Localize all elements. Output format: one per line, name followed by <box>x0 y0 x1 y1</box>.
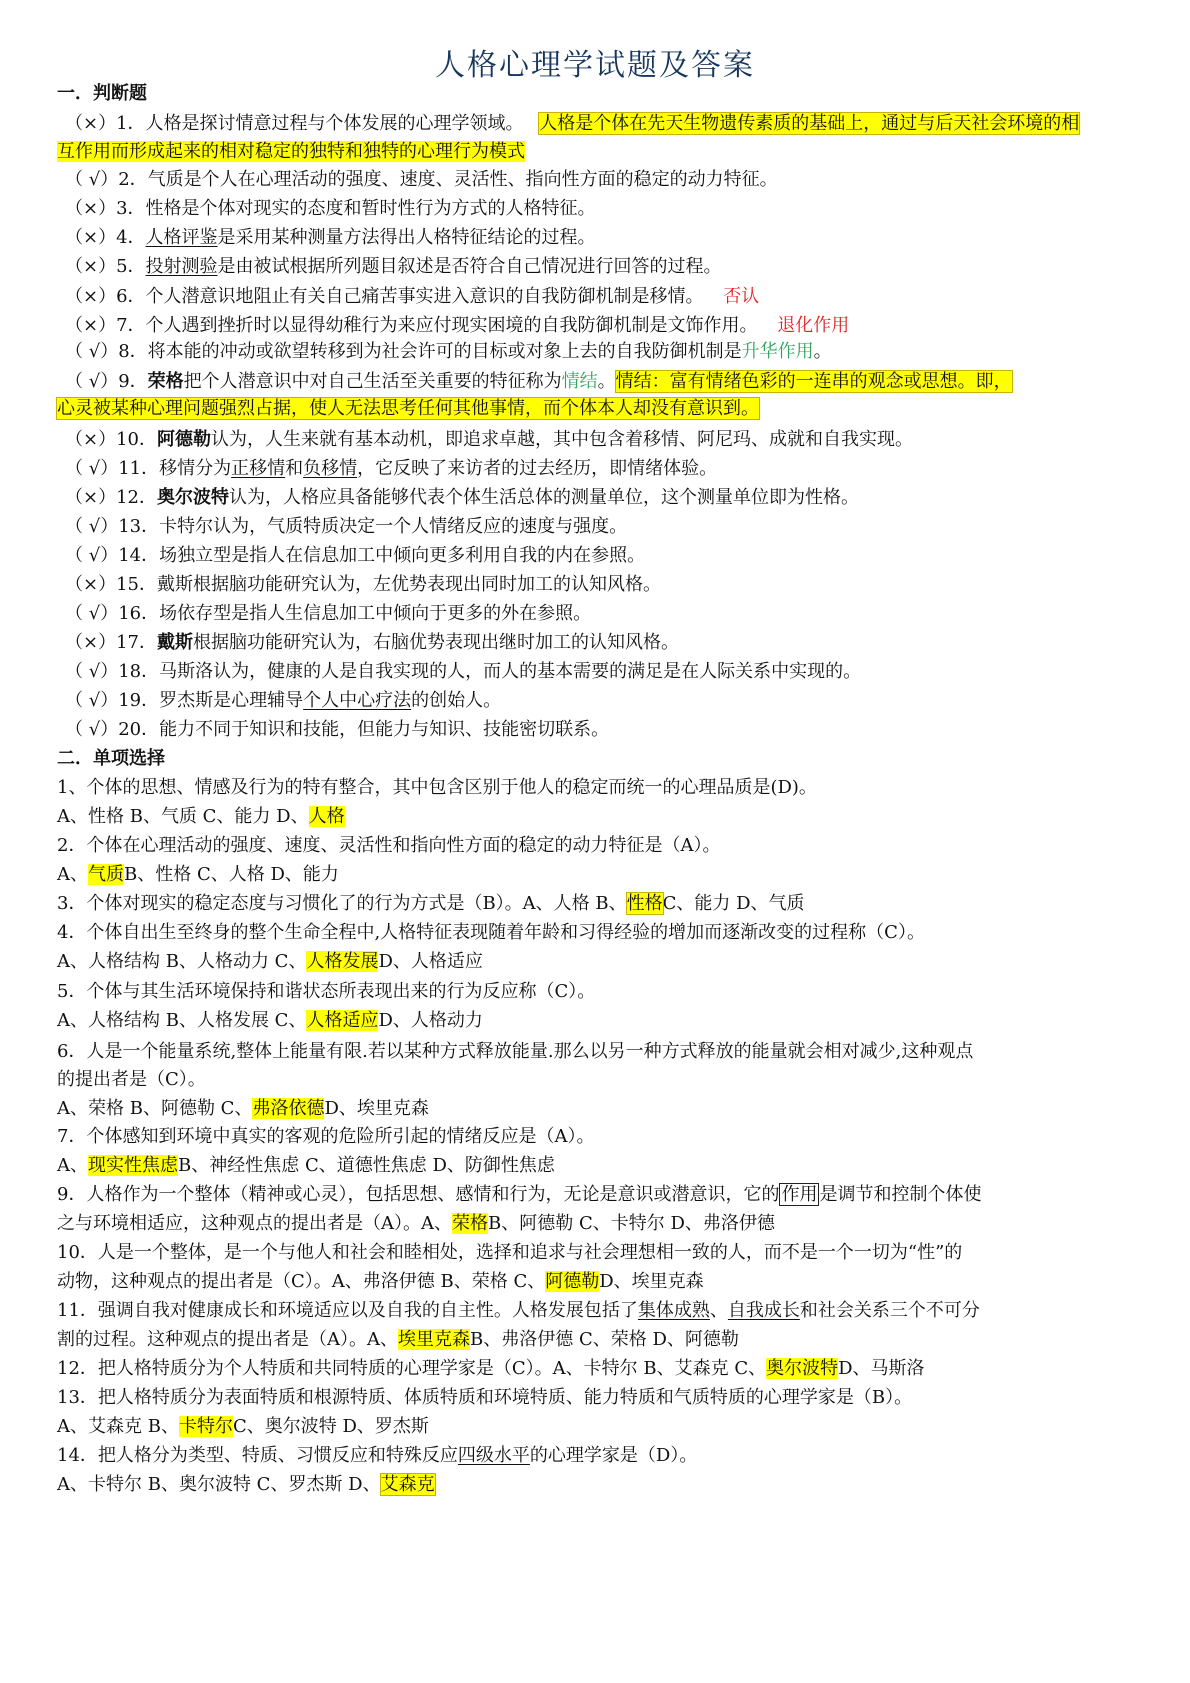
section-heading-single-choice: 二．单项选择 <box>57 747 165 771</box>
judgement-item-17: （×）17．戴斯根据脑功能研究认为，右脑优势表现出继时加工的认知风格。 <box>65 631 679 655</box>
choice-options-6: A、荣格 B、阿德勒 C、弗洛依德D、埃里克森 <box>57 1097 429 1121</box>
choice-question-6-cont: 的提出者是（C）。 <box>57 1068 206 1092</box>
bold-name: 阿德勒 <box>157 429 211 450</box>
choice-question-11: 11．强调自我对健康成长和环境适应以及自我的自主性。人格发展包括了集体成熟、自我… <box>57 1299 980 1323</box>
options-text: D、人格适应 <box>378 951 482 972</box>
item-text: 把个人潜意识中对自己生活至关重要的特征称为 <box>184 371 562 392</box>
choice-question-13: 13．把人格特质分为表面特质和根源特质、体质特质和环境特质、能力特质和气质特质的… <box>57 1386 912 1410</box>
judgement-item-1: （×）1．人格是探讨情意过程与个体发展的心理学领域。 人格是个体在先天生物遗传素… <box>65 112 1079 136</box>
choice-question-1: 1、个体的思想、情感及行为的特有整合，其中包含区别于他人的稳定而统一的心理品质是… <box>57 776 817 800</box>
options-text: A、人格结构 B、人格发展 C、 <box>57 1010 306 1031</box>
answer-mark: （×） <box>65 429 116 450</box>
item-text: 场依存型是指人生信息加工中倾向于更多的外在参照。 <box>159 603 591 624</box>
judgement-item-18: （ √）18．马斯洛认为，健康的人是自我实现的人，而人的基本需要的满足是在人际关… <box>65 660 861 684</box>
item-number: 20． <box>118 719 159 740</box>
options-text: A、艾森克 B、 <box>57 1416 179 1437</box>
answer-mark: （×） <box>65 487 116 508</box>
item-text: 和 <box>285 458 303 479</box>
item-number: 11． <box>118 458 159 479</box>
question-text: 和社会关系三个不可分 <box>800 1300 980 1321</box>
options-text: B、神经性焦虑 C、道德性焦虑 D、防御性焦虑 <box>178 1155 555 1176</box>
item-number: 5． <box>116 256 145 277</box>
judgement-item-19: （ √）19．罗杰斯是心理辅导个人中心疗法的创始人。 <box>65 689 501 713</box>
item-number: 16． <box>118 603 159 624</box>
choice-options-2: A、气质B、性格 C、人格 D、能力 <box>57 863 339 887</box>
judgement-item-20: （ √）20．能力不同于知识和技能，但能力与知识、技能密切联系。 <box>65 718 609 742</box>
answer-term: 升华作用 <box>742 341 814 362</box>
item-number: 7． <box>116 315 145 336</box>
answer-mark: （×） <box>65 286 116 307</box>
punctuation: 。 <box>814 341 832 362</box>
correction-note: 退化作用 <box>777 315 849 336</box>
answer-mark: （×） <box>65 227 116 248</box>
item-number: 9． <box>118 371 147 392</box>
answer-mark: （ √） <box>65 661 118 682</box>
answer-mark: （ √） <box>65 341 118 362</box>
judgement-item-1-note-cont: 互作用而形成起来的相对稳定的独特和独特的心理行为模式 <box>57 140 525 164</box>
judgement-item-14: （ √）14．场独立型是指人在信息加工中倾向更多利用自我的内在参照。 <box>65 544 645 568</box>
answer-term: 情结 <box>562 371 598 392</box>
highlighted-answer: 弗洛依德 <box>252 1098 324 1119</box>
options-text: A、性格 B、气质 C、能力 D、 <box>57 806 309 827</box>
options-text: D、埃里克森 <box>324 1098 428 1119</box>
item-text: 的创始人。 <box>411 690 501 711</box>
choice-options-7: A、现实性焦虑B、神经性焦虑 C、道德性焦虑 D、防御性焦虑 <box>57 1154 555 1178</box>
judgement-item-5: （×）5．投射测验是由被试根据所列题目叙述是否符合自己情况进行回答的过程。 <box>65 255 722 279</box>
item-number: 17． <box>116 632 157 653</box>
judgement-item-10: （×）10．阿德勒认为，人生来就有基本动机，即追求卓越，其中包含着移情、阿尼玛、… <box>65 428 913 452</box>
choice-question-9-cont: 之与环境相适应，这种观点的提出者是（A）。A、荣格B、阿德勒 C、卡特尔 D、弗… <box>57 1212 775 1236</box>
boxed-term: 作用 <box>779 1183 819 1206</box>
choice-question-4: 4．个体自出生至终身的整个生命全程中,人格特征表现随着年龄和习得经验的增加而逐渐… <box>57 921 925 945</box>
bold-name: 荣格 <box>148 371 184 392</box>
item-number: 13． <box>118 516 159 537</box>
judgement-item-3: （×）3．性格是个体对现实的态度和暂时性行为方式的人格特征。 <box>65 197 596 221</box>
options-text: C、奥尔波特 D、罗杰斯 <box>233 1416 429 1437</box>
item-text: 将本能的冲动或欲望转移到为社会许可的目标或对象上去的自我防御机制是 <box>148 341 742 362</box>
choice-options-1: A、性格 B、气质 C、能力 D、人格 <box>57 805 345 829</box>
item-text: 人格是探讨情意过程与个体发展的心理学领域。 <box>146 113 524 134</box>
options-text: A、卡特尔 B、奥尔波特 C、罗杰斯 D、 <box>57 1474 381 1495</box>
answer-mark: （ √） <box>65 516 118 537</box>
section-heading-judgement: 一．判断题 <box>57 82 147 106</box>
item-text: 是采用某种测量方法得出人格特征结论的过程。 <box>218 227 596 248</box>
bold-name: 奥尔波特 <box>157 487 229 508</box>
judgement-item-4: （×）4．人格评鉴是采用某种测量方法得出人格特征结论的过程。 <box>65 226 596 250</box>
question-text: 14．把人格分为类型、特质、习惯反应和特殊反应 <box>57 1445 458 1466</box>
question-text: 割的过程。这种观点的提出者是（A）。A、 <box>57 1329 398 1350</box>
choice-options-4: A、人格结构 B、人格动力 C、人格发展D、人格适应 <box>57 950 483 974</box>
item-text: 认为，人格应具备能够代表个体生活总体的测量单位，这个测量单位即为性格。 <box>229 487 859 508</box>
question-text: 之与环境相适应，这种观点的提出者是（A）。A、 <box>57 1213 452 1234</box>
item-number: 3． <box>116 198 145 219</box>
highlighted-answer: 性格 <box>627 893 663 914</box>
judgement-item-6: （×）6．个人潜意识地阻止有关自己痛苦事实进入意识的自我防御机制是移情。 否认 <box>65 285 759 309</box>
options-text: B、弗洛伊德 C、荣格 D、阿德勒 <box>470 1329 739 1350</box>
item-number: 4． <box>116 227 145 248</box>
answer-mark: （ √） <box>65 169 118 190</box>
judgement-item-9: （ √）9．荣格把个人潜意识中对自己生活至关重要的特征称为情结。情结：富有情绪色… <box>65 370 1012 394</box>
judgement-item-2: （ √）2．气质是个人在心理活动的强度、速度、灵活性、指向性方面的稳定的动力特征… <box>65 168 778 192</box>
choice-question-6: 6．人是一个能量系统,整体上能量有限.若以某种方式释放能量.那么以另一种方式释放… <box>57 1040 973 1064</box>
highlighted-answer: 人格 <box>309 806 345 827</box>
choice-question-12: 12．把人格特质分为个人特质和共同特质的心理学家是（C）。A、卡特尔 B、艾森克… <box>57 1357 925 1381</box>
underlined-term: 投射测验 <box>146 256 218 277</box>
item-number: 15． <box>116 574 157 595</box>
highlighted-answer: 奥尔波特 <box>766 1358 838 1379</box>
underlined-term: 四级水平 <box>458 1445 530 1466</box>
options-text: A、 <box>57 864 88 885</box>
item-text: 场独立型是指人在信息加工中倾向更多利用自我的内在参照。 <box>159 545 645 566</box>
choice-question-9: 9．人格作为一个整体（精神或心灵），包括思想、感情和行为，无论是意识或潜意识，它… <box>57 1183 981 1207</box>
answer-mark: （×） <box>65 113 116 134</box>
judgement-item-12: （×）12．奥尔波特认为，人格应具备能够代表个体生活总体的测量单位，这个测量单位… <box>65 486 859 510</box>
answer-mark: （×） <box>65 632 116 653</box>
highlighted-answer: 人格适应 <box>306 1010 378 1031</box>
explanation-note: 心灵被某种心理问题强烈占据，使人无法思考任何其他事情，而个体本人却没有意识到。 <box>57 398 759 419</box>
item-text: 罗杰斯是心理辅导 <box>159 690 303 711</box>
underlined-term: 负移情 <box>303 458 357 479</box>
item-text: 是由被试根据所列题目叙述是否符合自己情况进行回答的过程。 <box>218 256 722 277</box>
highlighted-answer: 艾森克 <box>381 1474 435 1495</box>
choice-question-5: 5．个体与其生活环境保持和谐状态所表现出来的行为反应称（C）。 <box>57 980 595 1004</box>
highlighted-answer: 气质 <box>88 864 124 885</box>
options-text: B、性格 C、人格 D、能力 <box>124 864 339 885</box>
item-text: ，它反映了来访者的过去经历，即情绪体验。 <box>357 458 717 479</box>
options-text: D、马斯洛 <box>838 1358 924 1379</box>
item-number: 14． <box>118 545 159 566</box>
answer-mark: （×） <box>65 574 116 595</box>
judgement-item-15: （×）15．戴斯根据脑功能研究认为，左优势表现出同时加工的认知风格。 <box>65 573 661 597</box>
underlined-term: 个人中心疗法 <box>303 690 411 711</box>
question-text: 9．人格作为一个整体（精神或心灵），包括思想、感情和行为，无论是意识或潜意识，它… <box>57 1184 779 1205</box>
item-text: 戴斯根据脑功能研究认为，左优势表现出同时加工的认知风格。 <box>157 574 661 595</box>
options-text: D、埃里克森 <box>599 1271 703 1292</box>
choice-question-3: 3．个体对现实的稳定态度与习惯化了的行为方式是（B）。A、人格 B、性格C、能力… <box>57 892 805 916</box>
answer-mark: （ √） <box>65 603 118 624</box>
choice-question-2: 2．个体在心理活动的强度、速度、灵活性和指向性方面的稳定的动力特征是（A）。 <box>57 834 720 858</box>
item-text: 认为，人生来就有基本动机，即追求卓越，其中包含着移情、阿尼玛、成就和自我实现。 <box>211 429 913 450</box>
choice-question-7: 7．个体感知到环境中真实的客观的危险所引起的情绪反应是（A）。 <box>57 1125 594 1149</box>
question-text: 是调节和控制个体使 <box>819 1184 981 1205</box>
document-page: 人格心理学试题及答案 一．判断题 （×）1．人格是探讨情意过程与个体发展的心理学… <box>0 0 1190 1683</box>
item-text: 个人遇到挫折时以显得幼稚行为来应付现实困境的自我防御机制是文饰作用。 <box>146 315 758 336</box>
punctuation: 、 <box>710 1300 728 1321</box>
judgement-item-16: （ √）16．场依存型是指人生信息加工中倾向于更多的外在参照。 <box>65 602 591 626</box>
answer-mark: （ √） <box>65 690 118 711</box>
choice-question-14: 14．把人格分为类型、特质、习惯反应和特殊反应四级水平的心理学家是（D）。 <box>57 1444 697 1468</box>
punctuation: 。 <box>598 371 616 392</box>
item-number: 1． <box>116 113 145 134</box>
correction-note: 否认 <box>723 286 759 307</box>
choice-options-13: A、艾森克 B、卡特尔C、奥尔波特 D、罗杰斯 <box>57 1415 429 1439</box>
item-number: 8． <box>118 341 147 362</box>
options-text: A、 <box>57 1155 88 1176</box>
choice-options-14: A、卡特尔 B、奥尔波特 C、罗杰斯 D、艾森克 <box>57 1473 435 1497</box>
answer-mark: （×） <box>65 198 116 219</box>
highlighted-answer: 埃里克森 <box>398 1329 470 1350</box>
item-text: 气质是个人在心理活动的强度、速度、灵活性、指向性方面的稳定的动力特征。 <box>148 169 778 190</box>
item-number: 10． <box>116 429 157 450</box>
answer-mark: （ √） <box>65 719 118 740</box>
page-title: 人格心理学试题及答案 <box>0 40 1190 84</box>
bold-name: 戴斯 <box>157 632 193 653</box>
answer-mark: （ √） <box>65 545 118 566</box>
answer-mark: （ √） <box>65 458 118 479</box>
item-number: 19． <box>118 690 159 711</box>
item-text: 移情分为 <box>159 458 231 479</box>
underlined-term: 自我成长 <box>728 1300 800 1321</box>
choice-question-10-cont: 动物，这种观点的提出者是（C）。A、弗洛伊德 B、荣格 C、阿德勒D、埃里克森 <box>57 1270 704 1294</box>
underlined-term: 正移情 <box>231 458 285 479</box>
highlighted-answer: 荣格 <box>452 1213 488 1234</box>
item-text: 马斯洛认为，健康的人是自我实现的人，而人的基本需要的满足是在人际关系中实现的。 <box>159 661 861 682</box>
item-text: 个人潜意识地阻止有关自己痛苦事实进入意识的自我防御机制是移情。 <box>146 286 704 307</box>
choice-question-11-cont: 割的过程。这种观点的提出者是（A）。A、埃里克森B、弗洛伊德 C、荣格 D、阿德… <box>57 1328 739 1352</box>
highlighted-answer: 卡特尔 <box>179 1416 233 1437</box>
options-text: A、荣格 B、阿德勒 C、 <box>57 1098 252 1119</box>
highlighted-answer: 阿德勒 <box>545 1271 599 1292</box>
question-text: 的心理学家是（D）。 <box>530 1445 697 1466</box>
options-text: D、人格动力 <box>378 1010 482 1031</box>
explanation-note: 情结：富有情绪色彩的一连串的观念或思想。即， <box>616 371 1012 392</box>
answer-mark: （×） <box>65 256 116 277</box>
question-text: 动物，这种观点的提出者是（C）。A、弗洛伊德 B、荣格 C、 <box>57 1271 545 1292</box>
choice-question-10: 10．人是一个整体，是一个与他人和社会和睦相处，选择和追求与社会理想相一致的人，… <box>57 1241 962 1265</box>
judgement-item-11: （ √）11．移情分为正移情和负移情，它反映了来访者的过去经历，即情绪体验。 <box>65 457 717 481</box>
question-text: 12．把人格特质分为个人特质和共同特质的心理学家是（C）。A、卡特尔 B、艾森克… <box>57 1358 766 1379</box>
judgement-item-8: （ √）8．将本能的冲动或欲望转移到为社会许可的目标或对象上去的自我防御机制是升… <box>65 340 832 364</box>
choice-options-5: A、人格结构 B、人格发展 C、人格适应D、人格动力 <box>57 1009 483 1033</box>
answer-mark: （ √） <box>65 371 118 392</box>
item-number: 18． <box>118 661 159 682</box>
item-text: 性格是个体对现实的态度和暂时性行为方式的人格特征。 <box>146 198 596 219</box>
answer-mark: （×） <box>65 315 116 336</box>
item-number: 6． <box>116 286 145 307</box>
options-text: B、阿德勒 C、卡特尔 D、弗洛伊德 <box>488 1213 775 1234</box>
item-text: 卡特尔认为，气质特质决定一个人情绪反应的速度与强度。 <box>159 516 627 537</box>
explanation-note: 互作用而形成起来的相对稳定的独特和独特的心理行为模式 <box>57 141 525 162</box>
highlighted-answer: 现实性焦虑 <box>88 1155 178 1176</box>
question-text: 3．个体对现实的稳定态度与习惯化了的行为方式是（B）。A、人格 B、 <box>57 893 627 914</box>
judgement-item-9-note-cont: 心灵被某种心理问题强烈占据，使人无法思考任何其他事情，而个体本人却没有意识到。 <box>57 397 759 421</box>
highlighted-answer: 人格发展 <box>306 951 378 972</box>
item-text: 能力不同于知识和技能，但能力与知识、技能密切联系。 <box>159 719 609 740</box>
item-number: 2． <box>118 169 147 190</box>
question-text: 11．强调自我对健康成长和环境适应以及自我的自主性。人格发展包括了 <box>57 1300 638 1321</box>
judgement-item-13: （ √）13．卡特尔认为，气质特质决定一个人情绪反应的速度与强度。 <box>65 515 627 539</box>
underlined-term: 集体成熟 <box>638 1300 710 1321</box>
underlined-term: 人格评鉴 <box>146 227 218 248</box>
explanation-note: 人格是个体在先天生物遗传素质的基础上，通过与后天社会环境的相 <box>539 113 1079 134</box>
judgement-item-7: （×）7．个人遇到挫折时以显得幼稚行为来应付现实困境的自我防御机制是文饰作用。 … <box>65 314 849 338</box>
item-text: 根据脑功能研究认为，右脑优势表现出继时加工的认知风格。 <box>193 632 679 653</box>
options-text: A、人格结构 B、人格动力 C、 <box>57 951 306 972</box>
item-number: 12． <box>116 487 157 508</box>
options-text: C、能力 D、气质 <box>663 893 805 914</box>
